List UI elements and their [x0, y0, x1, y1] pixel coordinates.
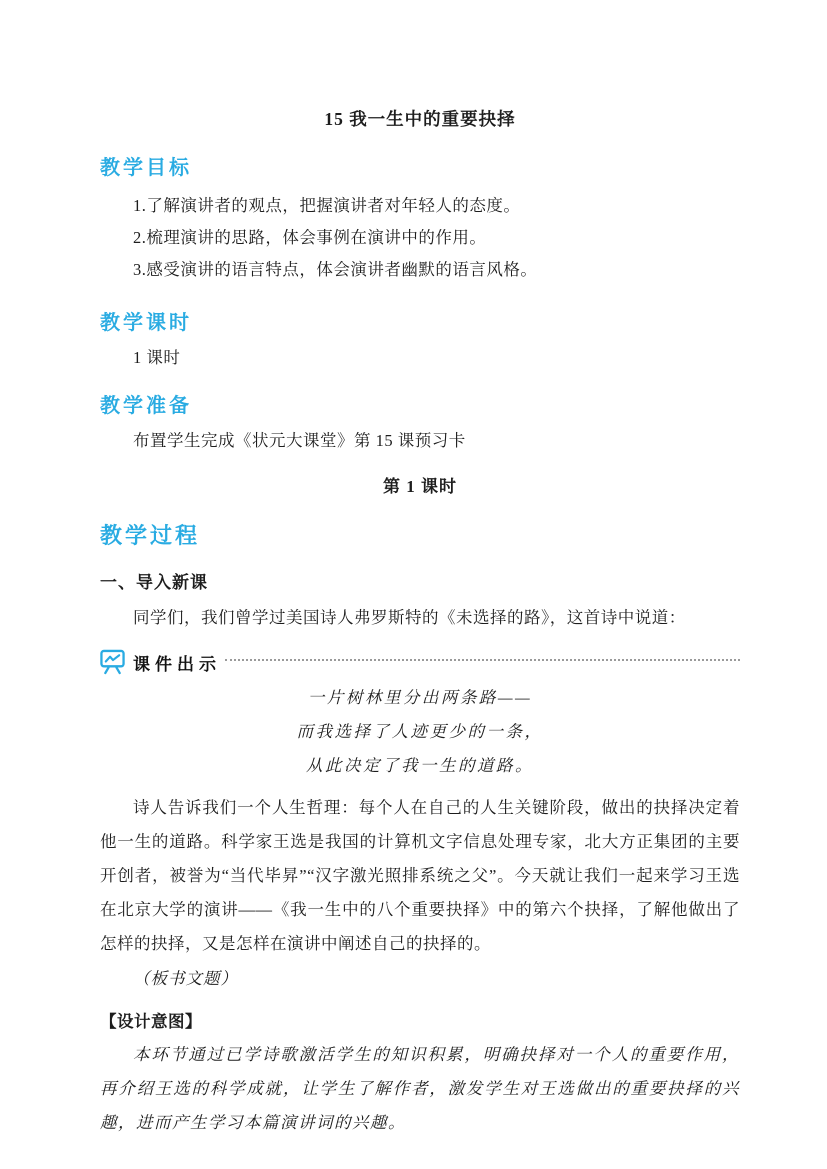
presentation-board-icon — [100, 649, 125, 675]
step-title: 一、导入新课 — [100, 568, 740, 593]
section-heading-periods: 教学课时 — [100, 306, 740, 335]
objective-item: 3.感受演讲的语言特点，体会演讲者幽默的语言风格。 — [133, 254, 740, 286]
poem-block: 一片树林里分出两条路—— 而我选择了人迹更少的一条， 从此决定了我一生的道路。 — [100, 681, 740, 783]
design-intent-text: 本环节通过已学诗歌激活学生的知识积累，明确抉择对一个人的重要作用，再介绍王选的科… — [100, 1038, 740, 1140]
section-heading-preparation: 教学准备 — [100, 389, 740, 418]
preparation-content: 布置学生完成《状元大课堂》第 15 课预习卡 — [100, 430, 740, 452]
page-title: 15 我一生中的重要抉择 — [100, 106, 740, 131]
intro-paragraph: 同学们，我们曾学过美国诗人弗罗斯特的《未选择的路》，这首诗中说道： — [100, 601, 740, 635]
poem-line: 而我选择了人迹更少的一条， — [100, 715, 740, 749]
board-note: （板书文题） — [100, 962, 740, 996]
periods-content: 1 课时 — [100, 347, 740, 369]
poem-line: 从此决定了我一生的道路。 — [100, 749, 740, 783]
section-heading-objectives: 教学目标 — [100, 151, 740, 180]
main-paragraph: 诗人告诉我们一个人生哲理：每个人在自己的人生关键阶段，做出的抉择决定着他一生的道… — [100, 791, 740, 961]
section-heading-process: 教学过程 — [100, 519, 740, 550]
lesson-period-header: 第 1 课时 — [100, 472, 740, 497]
courseware-label: 课件出示 — [133, 650, 221, 675]
objective-item: 1.了解演讲者的观点，把握演讲者对年轻人的态度。 — [133, 190, 740, 222]
document-page: 15 我一生中的重要抉择 教学目标 1.了解演讲者的观点，把握演讲者对年轻人的态… — [0, 0, 827, 1169]
poem-line: 一片树林里分出两条路—— — [100, 681, 740, 715]
courseware-callout: 课件出示 — [100, 649, 740, 675]
objective-item: 2.梳理演讲的思路，体会事例在演讲中的作用。 — [133, 222, 740, 254]
dotted-leader-line — [225, 659, 740, 661]
design-intent-label: 【设计意图】 — [100, 1008, 740, 1032]
objectives-list: 1.了解演讲者的观点，把握演讲者对年轻人的态度。 2.梳理演讲的思路，体会事例在… — [100, 190, 740, 286]
